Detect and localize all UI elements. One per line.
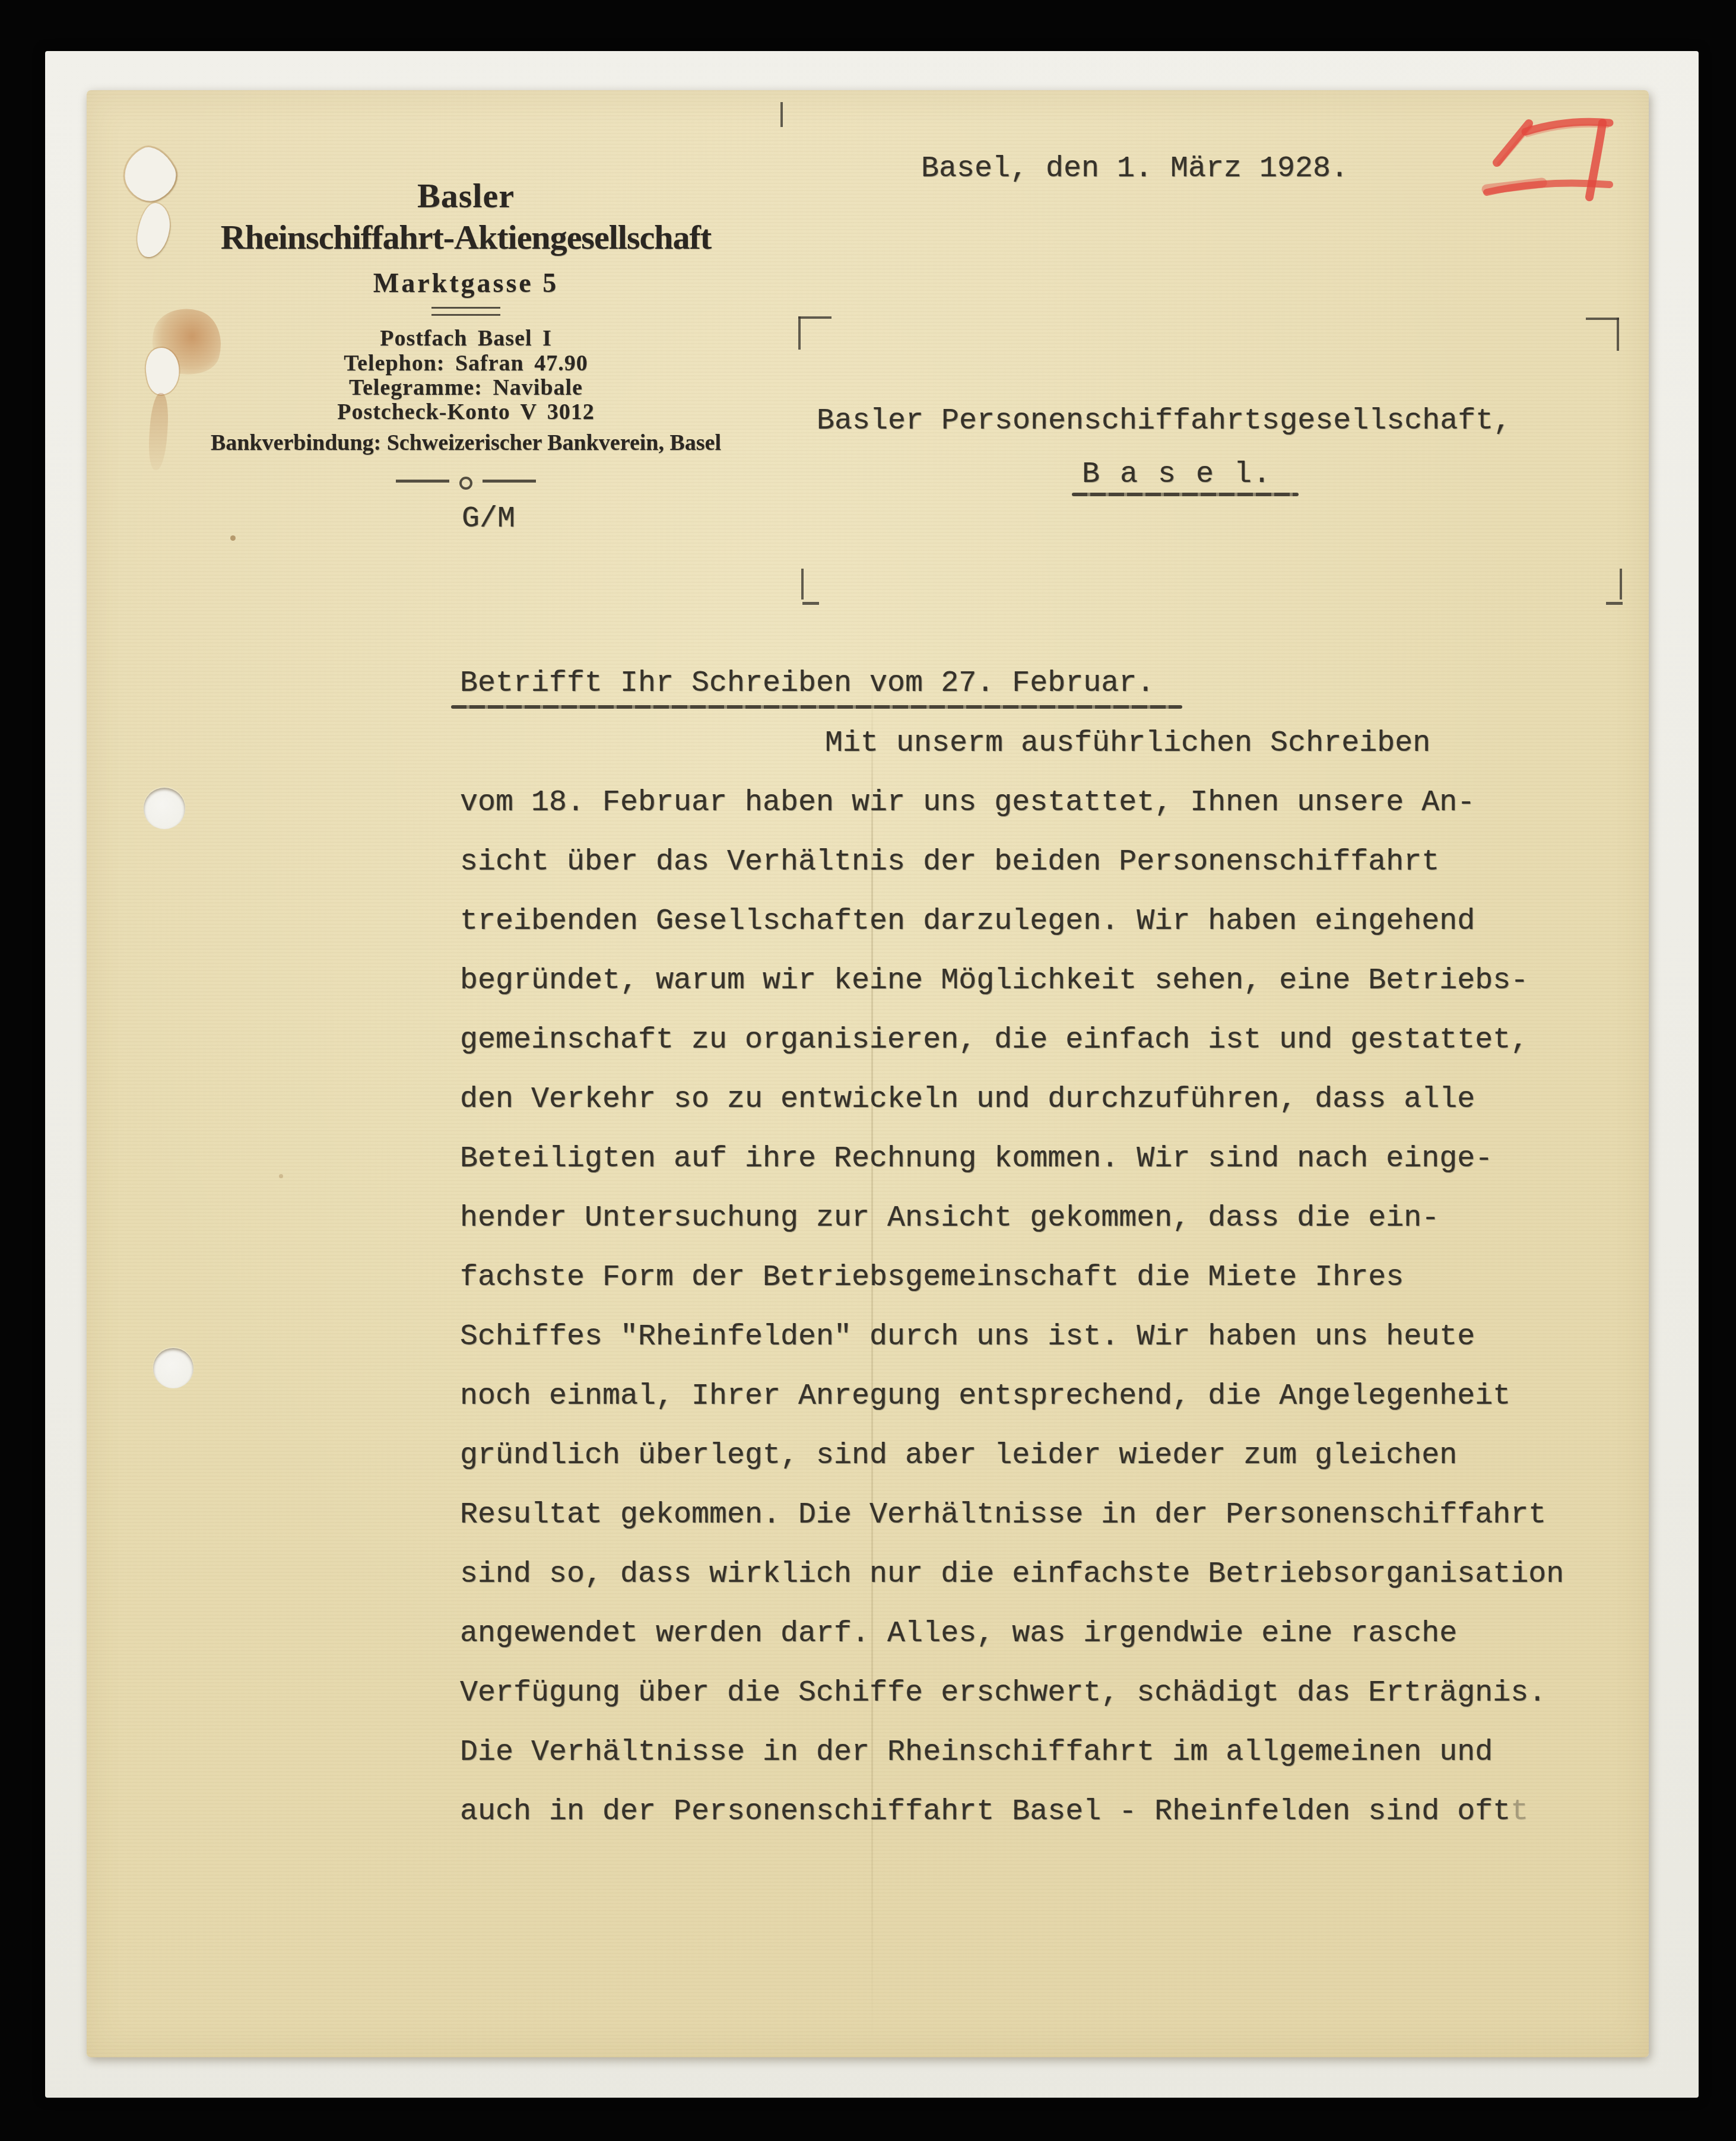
letterhead: Basler Rheinschiffahrt-Aktiengesellschaf…	[160, 0, 772, 534]
body-line: begründet, warum wir keine Möglichkeit s…	[460, 963, 1528, 1000]
paper-speck	[279, 1174, 283, 1178]
body-line-text: noch einmal, Ihrer Anregung entsprechend…	[460, 1379, 1510, 1413]
registration-mark-upper-left	[798, 316, 831, 319]
body-line-text: Verfügung über die Schiffe erschwert, sc…	[460, 1676, 1546, 1710]
body-line: sind so, dass wirklich nur die einfachst…	[460, 1556, 1564, 1593]
body-line-text: den Verkehr so zu entwickeln und durchzu…	[460, 1083, 1475, 1117]
body-line-text: begründet, warum wir keine Möglichkeit s…	[460, 964, 1528, 998]
body-line-text: fachste Form der Betriebsgemeinschaft di…	[460, 1261, 1404, 1295]
punch-hole	[144, 788, 185, 829]
body-line-text: Resultat gekommen. Die Verhältnisse in d…	[460, 1498, 1546, 1532]
body-line-text: hender Untersuchung zur Ansicht gekommen…	[460, 1201, 1439, 1235]
body-line-text: vom 18. Februar haben wir uns gestattet,…	[460, 786, 1475, 820]
reference-initials: G/M	[462, 501, 515, 538]
body-line-text: sind so, dass wirklich nur die einfachst…	[460, 1558, 1564, 1591]
fold-crease	[871, 677, 873, 2042]
letterhead-company-line1: Basler	[160, 176, 772, 215]
body-line: noch einmal, Ihrer Anregung entsprechend…	[460, 1378, 1510, 1415]
letterhead-company-line2: Rheinschiffahrt-Aktiengesellschaft	[160, 217, 772, 257]
body-line: angewendet werden darf. Alles, was irgen…	[460, 1616, 1457, 1652]
body-line: treibenden Gesellschaften darzulegen. Wi…	[460, 903, 1475, 940]
body-line: Verfügung über die Schiffe erschwert, sc…	[460, 1675, 1546, 1712]
faded-character: t	[1510, 1795, 1528, 1829]
body-line: sicht über das Verhältnis der beiden Per…	[460, 844, 1439, 881]
scanned-letter-page: Basler Rheinschiffahrt-Aktiengesellschaf…	[0, 0, 1736, 2141]
body-line: gründlich überlegt, sind aber leider wie…	[460, 1438, 1457, 1474]
punch-hole	[153, 1348, 193, 1388]
registration-mark-upper-right	[1586, 318, 1619, 320]
body-line: Mit unserm ausführlichen Schreiben	[825, 725, 1430, 762]
registration-mark-lower-right	[1606, 602, 1623, 605]
body-line-text: sicht über das Verhältnis der beiden Per…	[460, 845, 1439, 879]
letterhead-postal-account: Postcheck-Konto V 3012	[160, 399, 772, 425]
recipient-line1: Basler Personenschiffahrtsgesellschaft,	[817, 403, 1511, 440]
registration-tick-top	[780, 102, 783, 127]
registration-mark-lower-left	[801, 569, 804, 600]
body-line: Schiffes "Rheinfelden" durch uns ist. Wi…	[460, 1319, 1475, 1356]
recipient-underline	[1072, 493, 1299, 496]
body-line-text: angewendet werden darf. Alles, was irgen…	[460, 1617, 1457, 1651]
body-line-text: Mit unserm ausführlichen Schreiben	[825, 727, 1430, 760]
dateline: Basel, den 1. März 1928.	[921, 151, 1348, 188]
registration-mark-lower-right	[1620, 569, 1622, 600]
red-folio-annotation	[1472, 107, 1632, 214]
recipient-line2: B a s e l.	[1082, 456, 1272, 493]
letterhead-divider	[431, 307, 500, 316]
body-line-text: treibenden Gesellschaften darzulegen. Wi…	[460, 905, 1475, 938]
body-line-text: gründlich überlegt, sind aber leider wie…	[460, 1439, 1457, 1473]
body-line-text: Schiffes "Rheinfelden" durch uns ist. Wi…	[460, 1320, 1475, 1354]
body-line: fachste Form der Betriebsgemeinschaft di…	[460, 1260, 1404, 1296]
body-line: Resultat gekommen. Die Verhältnisse in d…	[460, 1497, 1546, 1534]
body-line-text: auch in der Personenschiffahrt Basel - R…	[460, 1795, 1510, 1829]
letterhead-street: Marktgasse 5	[160, 267, 772, 299]
body-line-text: Die Verhältnisse in der Rheinschiffahrt …	[460, 1736, 1493, 1769]
letterhead-telephone: Telephon: Safran 47.90	[160, 350, 772, 376]
body-line: Die Verhältnisse in der Rheinschiffahrt …	[460, 1734, 1493, 1771]
body-line-text: gemeinschaft zu organisieren, die einfac…	[460, 1023, 1528, 1057]
registration-mark-upper-right	[1617, 318, 1619, 351]
body-line-text: Beteiligten auf ihre Rechnung kommen. Wi…	[460, 1142, 1493, 1176]
letterhead-pobox: Postfach Basel I	[160, 325, 772, 351]
registration-mark-lower-left	[802, 602, 819, 605]
body-line: Beteiligten auf ihre Rechnung kommen. Wi…	[460, 1141, 1493, 1178]
subject-underline	[451, 705, 1182, 709]
body-line: auch in der Personenschiffahrt Basel - R…	[460, 1794, 1528, 1831]
paper-speck	[230, 535, 236, 541]
registration-mark-upper-left	[798, 316, 801, 350]
body-line: vom 18. Februar haben wir uns gestattet,…	[460, 785, 1475, 821]
letterhead-divider-circle	[396, 480, 536, 483]
letterhead-telegram: Telegramme: Navibale	[160, 375, 772, 401]
letterhead-bank: Bankverbindung: Schweizerischer Bankvere…	[160, 430, 772, 456]
body-line: gemeinschaft zu organisieren, die einfac…	[460, 1022, 1528, 1059]
body-line: hender Untersuchung zur Ansicht gekommen…	[460, 1200, 1439, 1237]
body-line: den Verkehr so zu entwickeln und durchzu…	[460, 1081, 1475, 1118]
subject-line: Betrifft Ihr Schreiben vom 27. Februar.	[460, 665, 1154, 702]
